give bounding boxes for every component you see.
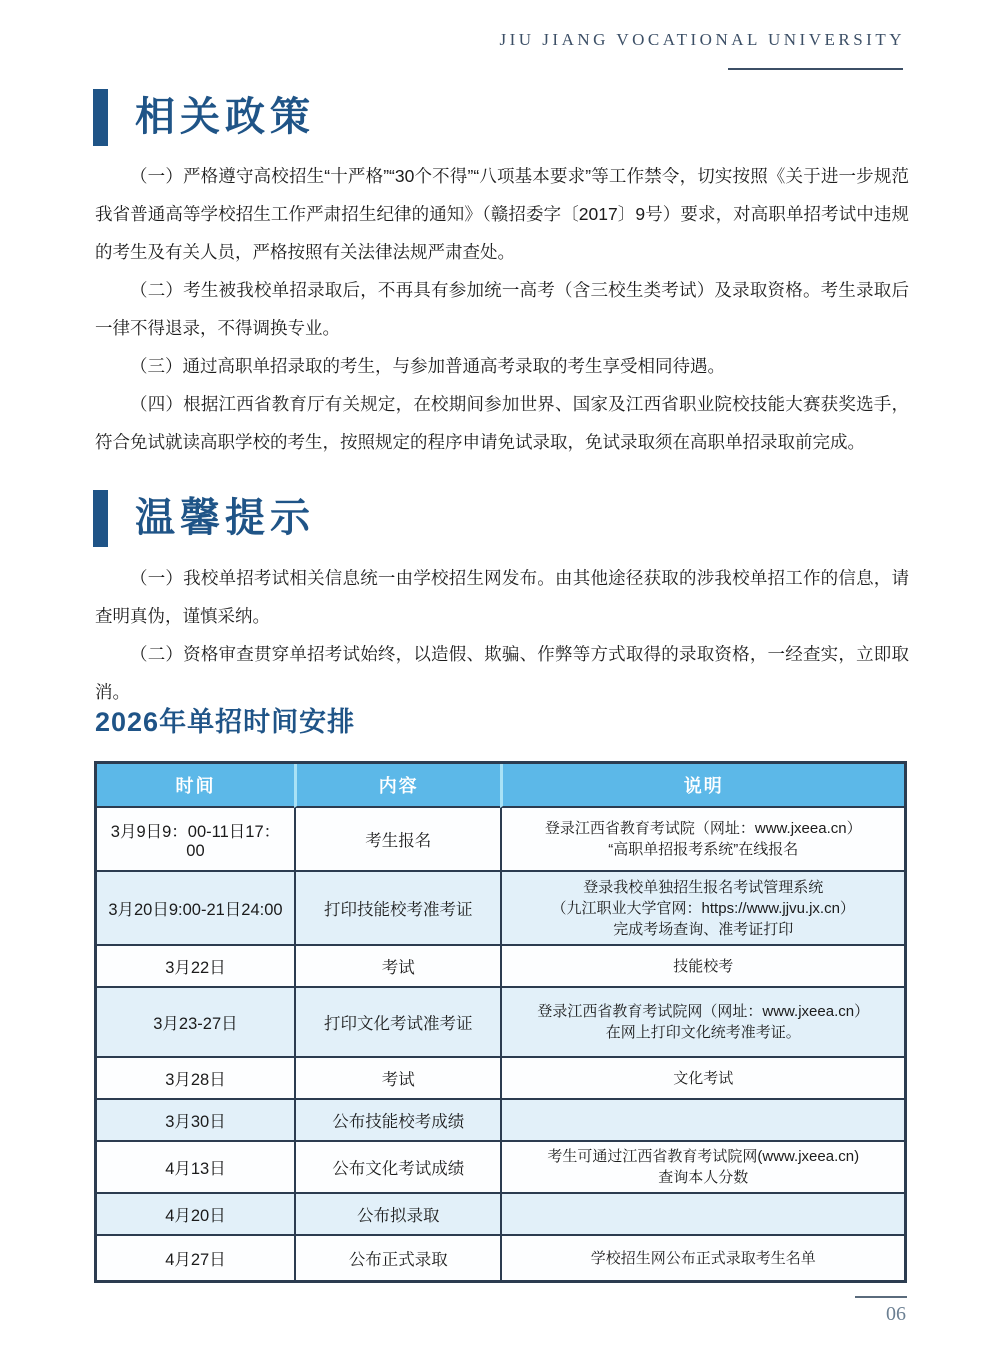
cell-description — [500, 1192, 904, 1234]
table-row: 3月22日 考试 技能校考 — [97, 944, 904, 986]
document-page: JIU JIANG VOCATIONAL UNIVERSITY 相关政策 （一）… — [0, 0, 1000, 1357]
column-header-description: 说明 — [500, 764, 904, 808]
schedule-heading: 2026年单招时间安排 — [95, 700, 355, 739]
policy-paragraph-4: （四）根据江西省教育厅有关规定，在校期间参加世界、国家及江西省职业院校技能大赛获… — [95, 385, 909, 461]
cell-description: 技能校考 — [500, 944, 904, 986]
cell-content: 公布文化考试成绩 — [294, 1140, 501, 1192]
section-title-text: 相关政策 — [135, 97, 315, 137]
table-row: 3月9日9：00-11日17：00 考生报名 登录江西省教育考试院（网址：www… — [97, 808, 904, 870]
policy-paragraph-1: （一）严格遵守高校招生“十严格”“30个不得”“八项基本要求”等工作禁令，切实按… — [95, 157, 909, 271]
accent-bar — [93, 89, 108, 146]
column-header-time: 时间 — [97, 764, 294, 808]
table-row: 3月30日 公布技能校考成绩 — [97, 1098, 904, 1140]
cell-description: 登录江西省教育考试院（网址：www.jxeea.cn） “高职单招报考系统”在线… — [500, 808, 904, 870]
table-row: 3月23-27日 打印文化考试准考证 登录江西省教育考试院网（网址：www.jx… — [97, 986, 904, 1056]
cell-description: 学校招生网公布正式录取考生名单 — [500, 1234, 904, 1280]
table-row: 3月28日 考试 文化考试 — [97, 1056, 904, 1098]
policy-paragraphs: （一）严格遵守高校招生“十严格”“30个不得”“八项基本要求”等工作禁令，切实按… — [95, 157, 909, 461]
cell-content: 公布正式录取 — [294, 1234, 501, 1280]
table-row: 4月13日 公布文化考试成绩 考生可通过江西省教育考试院网(www.jxeea.… — [97, 1140, 904, 1192]
cell-time: 4月20日 — [97, 1192, 294, 1234]
cell-content: 公布拟录取 — [294, 1192, 501, 1234]
section-warm-tips: 温馨提示 — [93, 489, 315, 547]
cell-content: 考试 — [294, 944, 501, 986]
column-header-content: 内容 — [294, 764, 501, 808]
cell-content: 公布技能校考成绩 — [294, 1098, 501, 1140]
schedule-table: 时间 内容 说明 3月9日9：00-11日17：00 考生报名 登录江西省教育考… — [94, 761, 907, 1283]
cell-time: 3月28日 — [97, 1056, 294, 1098]
table-header-row: 时间 内容 说明 — [97, 764, 904, 808]
cell-time: 3月9日9：00-11日17：00 — [97, 808, 294, 870]
university-wordmark: JIU JIANG VOCATIONAL UNIVERSITY — [499, 30, 905, 50]
cell-content: 考试 — [294, 1056, 501, 1098]
cell-content: 打印技能校考准考证 — [294, 870, 501, 944]
cell-time: 3月23-27日 — [97, 986, 294, 1056]
cell-description: 登录江西省教育考试院网（网址：www.jxeea.cn） 在网上打印文化统考准考… — [500, 986, 904, 1056]
cell-description: 文化考试 — [500, 1056, 904, 1098]
section-title-text: 温馨提示 — [135, 498, 315, 538]
cell-description — [500, 1098, 904, 1140]
cell-content: 考生报名 — [294, 808, 501, 870]
cell-time: 3月30日 — [97, 1098, 294, 1140]
policy-paragraph-2: （二）考生被我校单招录取后，不再具有参加统一高考（含三校生类考试）及录取资格。考… — [95, 271, 909, 347]
footer-rule — [855, 1296, 907, 1298]
cell-time: 3月20日9:00-21日24:00 — [97, 870, 294, 944]
page-number: 06 — [886, 1303, 906, 1326]
tips-paragraph-1: （一）我校单招考试相关信息统一由学校招生网发布。由其他途径获取的涉我校单招工作的… — [95, 559, 909, 635]
cell-time: 4月13日 — [97, 1140, 294, 1192]
cell-time: 3月22日 — [97, 944, 294, 986]
cell-time: 4月27日 — [97, 1234, 294, 1280]
cell-description: 考生可通过江西省教育考试院网(www.jxeea.cn) 查询本人分数 — [500, 1140, 904, 1192]
cell-content: 打印文化考试准考证 — [294, 986, 501, 1056]
accent-bar — [93, 490, 108, 547]
section-related-policies: 相关政策 — [93, 88, 315, 146]
policy-paragraph-3: （三）通过高职单招录取的考生，与参加普通高考录取的考生享受相同待遇。 — [95, 347, 909, 385]
wordmark-underline — [728, 68, 903, 70]
table-row: 4月27日 公布正式录取 学校招生网公布正式录取考生名单 — [97, 1234, 904, 1280]
table-row: 3月20日9:00-21日24:00 打印技能校考准考证 登录我校单独招生报名考… — [97, 870, 904, 944]
cell-description: 登录我校单独招生报名考试管理系统 （九江职业大学官网：https://www.j… — [500, 870, 904, 944]
table-row: 4月20日 公布拟录取 — [97, 1192, 904, 1234]
tips-paragraphs: （一）我校单招考试相关信息统一由学校招生网发布。由其他途径获取的涉我校单招工作的… — [95, 559, 909, 711]
